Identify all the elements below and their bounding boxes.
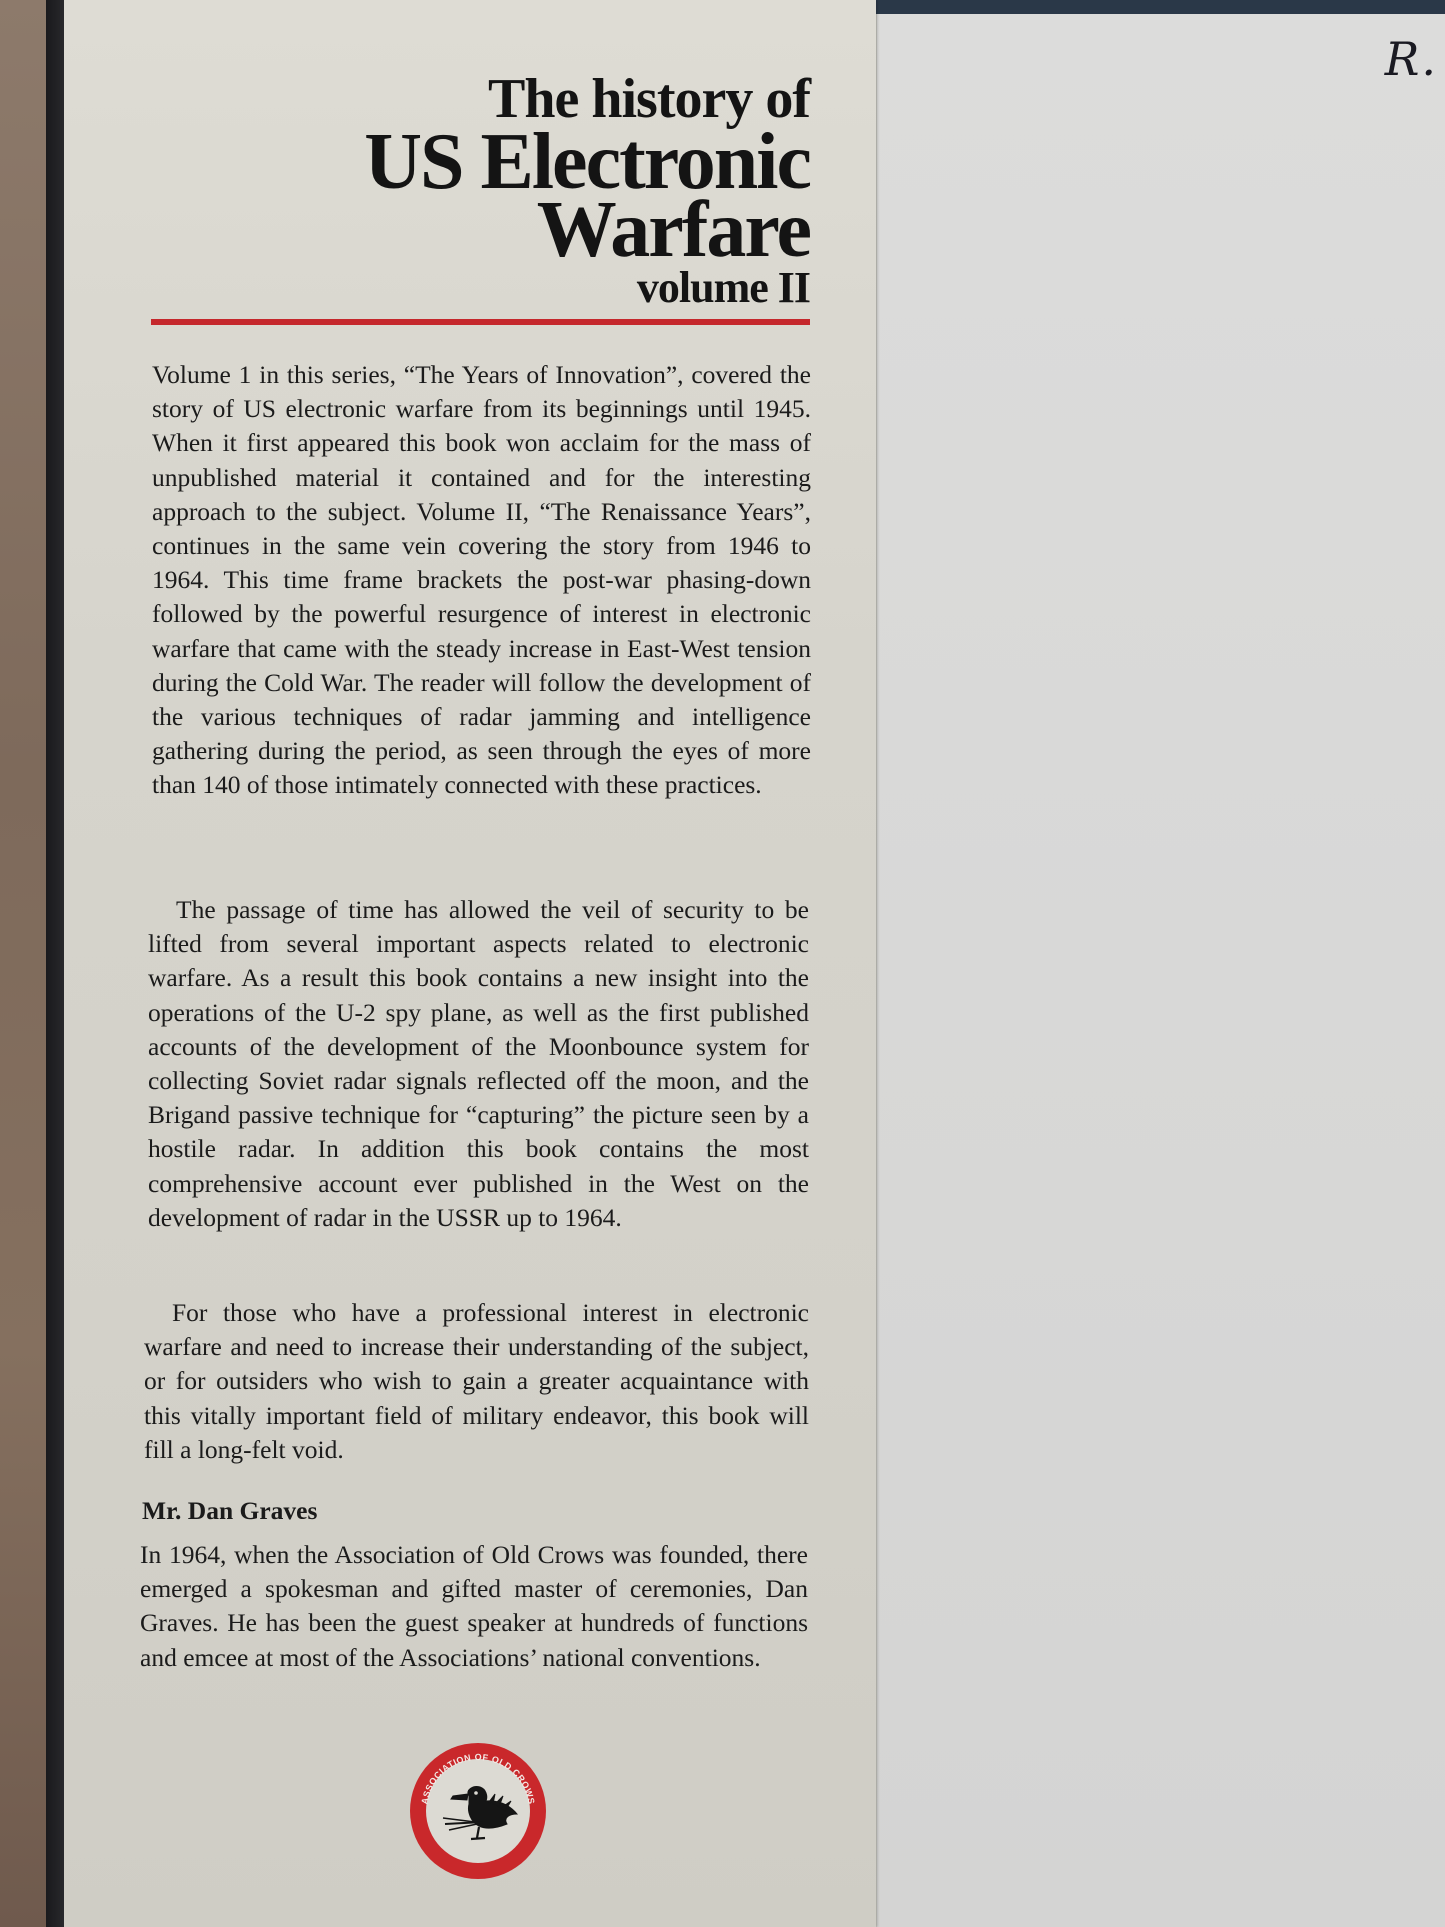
title-line-3: Warfare [150, 196, 810, 264]
handwritten-mark: R. [1385, 32, 1438, 86]
book-board-edge [46, 0, 66, 1927]
book-title: The history of US Electronic Warfare vol… [150, 70, 810, 312]
book-cover-strip [876, 0, 1445, 14]
old-crows-logo: ASSOCIATION OF OLD CROWS [405, 1738, 551, 1884]
blurb-paragraph-3: For those who have a professional intere… [144, 1296, 809, 1467]
author-heading: Mr. Dan Graves [142, 1496, 317, 1526]
endpaper-page: R. [876, 14, 1445, 1927]
volume-label: volume II [150, 264, 810, 312]
author-bio: In 1964, when the Association of Old Cro… [140, 1538, 808, 1675]
crow-emblem-icon: ASSOCIATION OF OLD CROWS [405, 1738, 551, 1884]
red-divider [151, 319, 810, 325]
blurb-paragraph-1: Volume 1 in this series, “The Years of I… [152, 358, 811, 803]
blurb-paragraph-2: The passage of time has allowed the veil… [148, 893, 809, 1235]
